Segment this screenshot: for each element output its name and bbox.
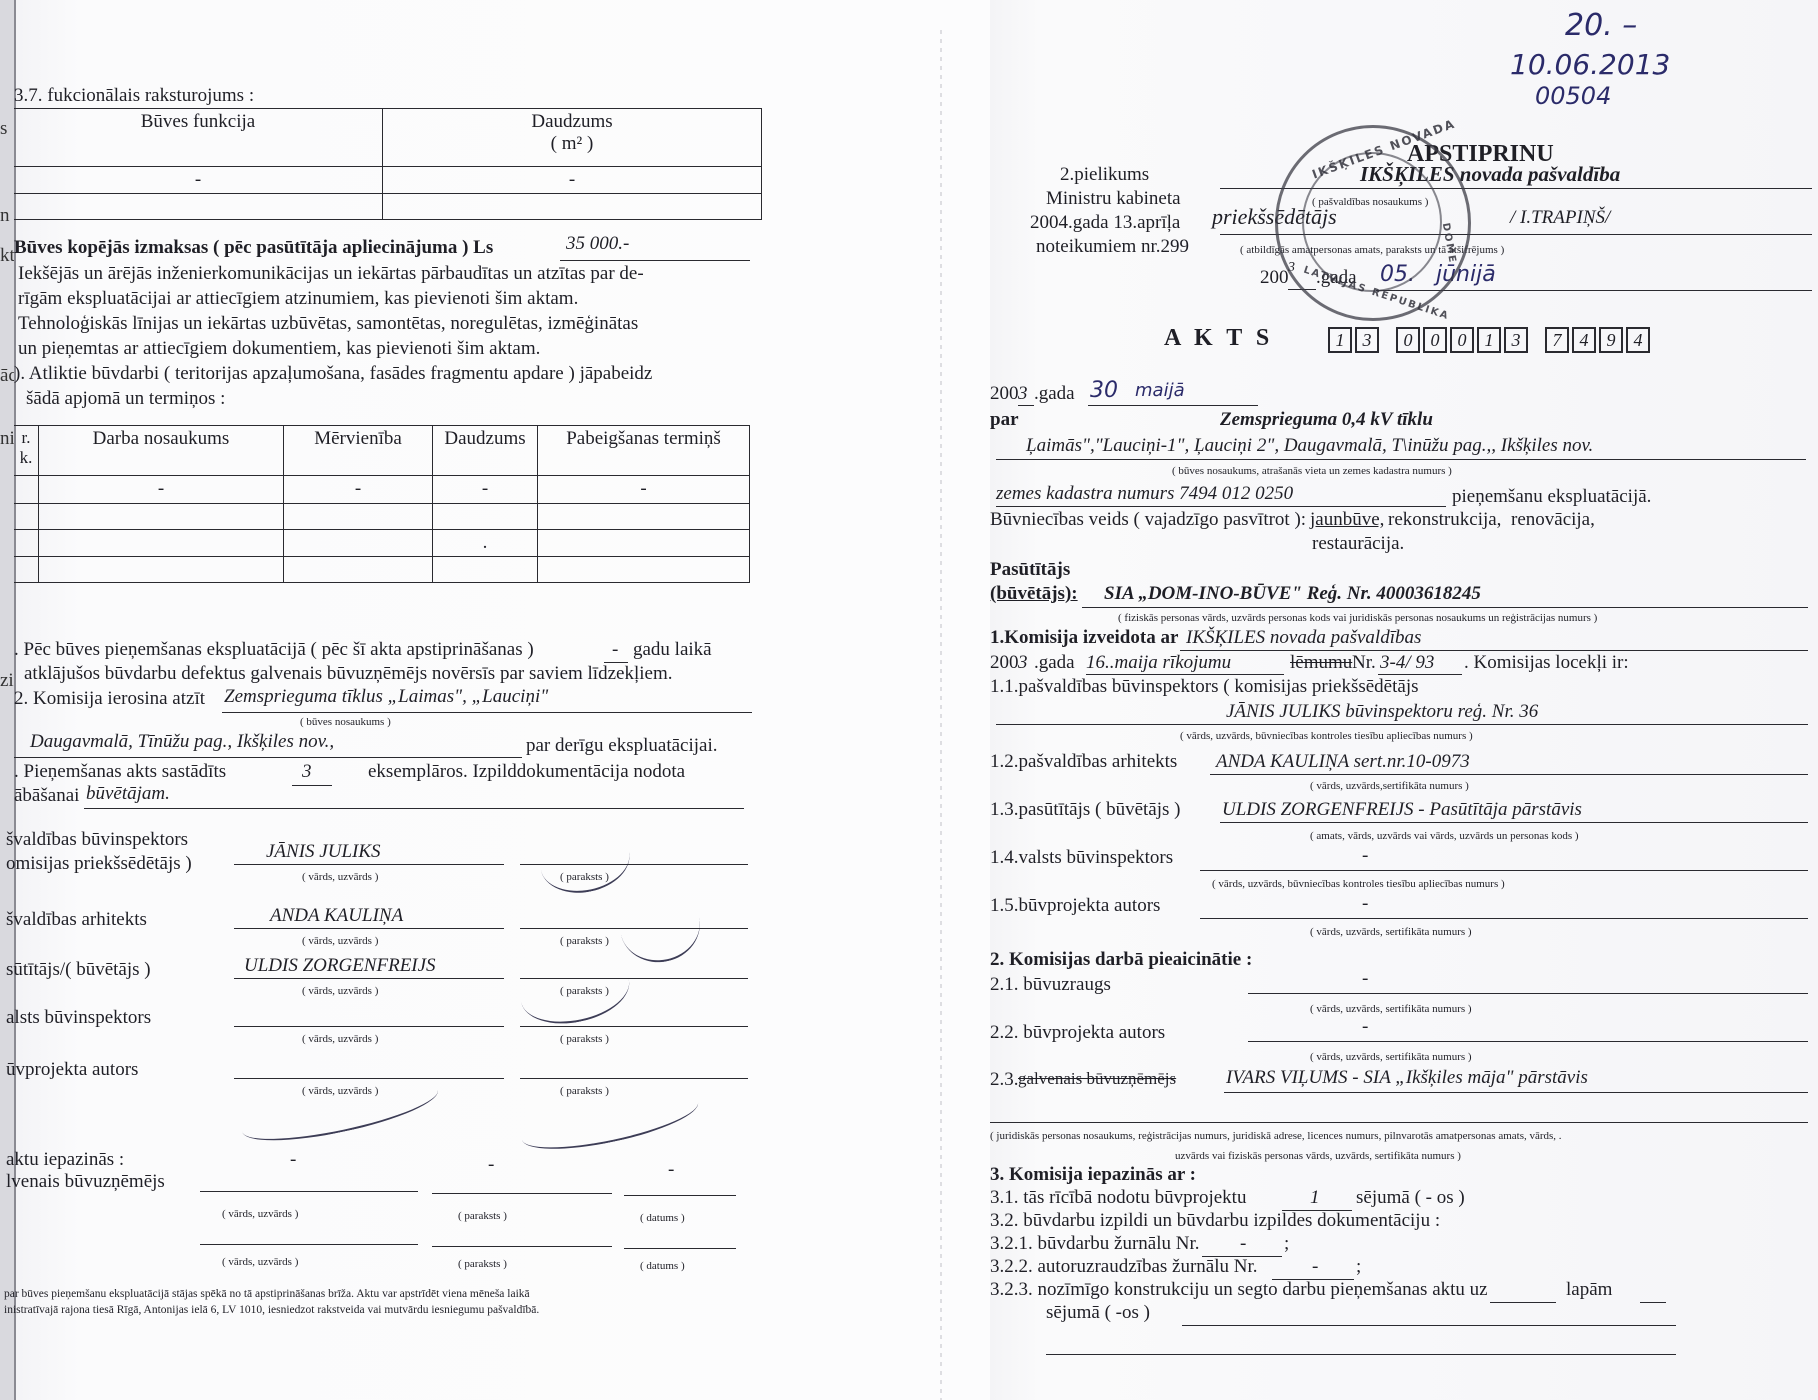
para-tech-2: un pieņemtas ar attiecīgiem dokumentiem,… (18, 339, 540, 360)
copies-underline (292, 785, 332, 786)
recipient-underline (84, 808, 744, 809)
acq-hint-date-2: ( datums ) (640, 1260, 685, 1272)
member-value: ANDA KAULIŅA sert.nr.10-0973 (1216, 752, 1470, 773)
item-underline (1202, 1256, 1282, 1257)
act-number-group: 13 (1328, 327, 1382, 353)
para-defects-suffix: gadu laikā (633, 640, 712, 661)
cell (14, 476, 39, 504)
item-value: - (1312, 1257, 1318, 1278)
commission-suffix: par derīgu ekspluatācijai. (526, 736, 718, 757)
cadastre-underline (996, 506, 1446, 507)
signature-scribble (238, 1070, 442, 1153)
date-year: 3 (1018, 384, 1028, 405)
act-number-digit: 0 (1396, 327, 1420, 353)
member-hint: ( vārds, uzvārds, būvniecības kontroles … (1212, 878, 1505, 890)
member-label: 1.5.būvprojekta autors (990, 896, 1160, 917)
member-value: - (1362, 1017, 1368, 1038)
location-underline (14, 757, 522, 758)
item-underline (1640, 1302, 1666, 1303)
act-number-digit: 9 (1599, 327, 1623, 353)
order-struck-text: lēmumu (1290, 653, 1352, 674)
official-stamp: IKŠĶILES NOVADA LATVIJAS REPUBLIKA DOME (1275, 125, 1471, 321)
header-function: Būves funkcija (14, 109, 383, 167)
member-hint: uzvārds vai fiziskās personas vārds, uzv… (1175, 1150, 1461, 1162)
members-label: . Komisijas locekļi ir: (1464, 653, 1629, 674)
cell: - (284, 476, 433, 504)
item-suffix: lapām (1566, 1280, 1612, 1301)
section2-title: 2. Komisijas darbā pieaicinātie : (990, 950, 1252, 971)
acquainted-dash: - (488, 1155, 494, 1176)
commission-proposes-label: 2. Komisija ierosina atzīt (14, 689, 205, 710)
cadastre-value: zemes kadastra numurs 7494 012 0250 (996, 484, 1293, 505)
function-table: Būves funkcija Daudzums ( m² ) - - (14, 108, 762, 220)
acq-sign-line (432, 1193, 612, 1194)
margin-char: s (0, 118, 14, 140)
handwritten-note-1: 20. – (1565, 8, 1637, 43)
defects-years-value: - (612, 640, 618, 661)
date-underline (1088, 405, 1258, 406)
header-quantity: Daudzums ( m² ) (383, 109, 762, 167)
member-value: - (1362, 894, 1368, 915)
sign-hint: ( paraksts ) (560, 1033, 609, 1045)
cell (14, 194, 383, 220)
member-label: 1.3.pasūtītājs ( būvētājs ) (990, 800, 1181, 821)
name-hint: ( vārds, uzvārds ) (302, 985, 378, 997)
page-fold (940, 30, 942, 1400)
cell (14, 504, 39, 530)
cell: - (39, 476, 284, 504)
signature-scribble (518, 1082, 703, 1161)
handwritten-note-3: 00504 (1535, 82, 1611, 110)
item-suffix: ; (1356, 1257, 1361, 1278)
cell (14, 530, 39, 557)
para-remaining-2: šādā apjomā un termiņos : (26, 389, 225, 410)
copies-middle: eksemplāros. Izpilddokumentācija nodota (368, 762, 685, 783)
signature-role: švaldības būvinspektors (6, 830, 188, 851)
item-underline (1272, 1279, 1354, 1280)
par-label: par (990, 410, 1019, 431)
item-label: 3.2.1. būvdarbu žurnālu Nr. (990, 1234, 1199, 1255)
cell (39, 530, 284, 557)
signature-role: alsts būvinspektors (6, 1008, 151, 1029)
act-number-digit: 3 (1504, 327, 1528, 353)
cell (39, 504, 284, 530)
order-year: 3 (1018, 653, 1028, 674)
cell (538, 504, 750, 530)
para-utilities-2: rīgām ekspluatācijai ar attiecīgiem atzi… (18, 289, 578, 310)
cost-label: Būves kopējās izmaksas ( pēc pasūtītāja … (14, 238, 493, 259)
margin-char: zi (0, 670, 14, 692)
date-mid: .gada (1034, 384, 1075, 405)
cell: - (433, 476, 538, 504)
order-nr-label: Nr. (1352, 653, 1376, 674)
member-underline (1248, 993, 1808, 994)
client-hint: ( fiziskās personas vārds, uzvārds perso… (1118, 612, 1597, 624)
act-number-digit: 0 (1423, 327, 1447, 353)
header-quantity-label: Daudzums (387, 111, 757, 133)
acquainted-title: aktu iepazinās : (6, 1150, 124, 1171)
member-hint: ( vārds, uzvārds, sertifikāta numurs ) (1310, 1051, 1472, 1063)
created-by-underline (1180, 650, 1808, 651)
client-value: SIA „DOM-INO-BŪVE" Reģ. Nr. 40003618245 (1104, 584, 1481, 605)
member-label: 2.1. būvuzraugs (990, 975, 1111, 996)
par-object: Zemsprieguma 0,4 kV tīklu (1220, 410, 1433, 431)
acq-sign-line-2 (432, 1246, 612, 1247)
act-number-digit: 0 (1450, 327, 1474, 353)
order-date: 16..maija rīkojumu (1086, 653, 1231, 674)
member-hint: ( vārds, uzvārds, sertifikāta numurs ) (1310, 926, 1472, 938)
copies-value: 3 (302, 762, 312, 783)
acq-hint-sign: ( paraksts ) (458, 1210, 507, 1222)
act-number-group: 00013 (1396, 327, 1531, 353)
item-label: 3.2. būvdarbu izpildi un būvdarbu izpild… (990, 1211, 1440, 1232)
acq-hint-date: ( datums ) (640, 1212, 685, 1224)
name-hint: ( vārds, uzvārds ) (302, 935, 378, 947)
cell (284, 557, 433, 583)
margin-char: āc (0, 365, 14, 387)
act-number: 13000137494 (1328, 327, 1667, 353)
construction-type-label: Būvniecības veids ( vajadzīgo pasvītrot … (990, 510, 1306, 531)
member-underline (1200, 918, 1808, 919)
name-hint: ( vārds, uzvārds ) (302, 871, 378, 883)
location-underline (996, 459, 1806, 460)
act-number-digit: 3 (1355, 327, 1379, 353)
member-value: IVARS VIĻUMS - SIA „Ikšķiles māja" pārst… (1226, 1068, 1588, 1089)
client-label-2: (būvētājs): (990, 584, 1078, 605)
footnote-2: inistratīvajā rajona tiesā Rīgā, Antonij… (4, 1304, 539, 1317)
client-label-1: Pasūtītājs (990, 560, 1070, 581)
member-value: - (1362, 846, 1368, 867)
left-page: s n kt āc nir zi 3.7. fukcionālais rakst… (0, 0, 990, 1400)
member-hint: ( amats, vārds, uzvārds vai vārds, uzvār… (1310, 830, 1579, 842)
acq-date-line-2 (624, 1248, 736, 1249)
order-nr-underline (1378, 674, 1462, 675)
cell (14, 557, 39, 583)
act-number-digit: 1 (1328, 327, 1352, 353)
acq-hint-name: ( vārds, uzvārds ) (222, 1208, 298, 1220)
header-quantity-unit: ( m² ) (387, 133, 757, 155)
act-number-group: 7494 (1545, 327, 1653, 353)
item-suffix: ; (1284, 1234, 1289, 1255)
acquainted-role: lvenais būvuzņēmējs (6, 1172, 165, 1193)
signature-role: švaldības arhitekts (6, 910, 147, 931)
recipient-prefix: ābāšanai (14, 786, 79, 807)
stamp-side-text: DOME (1440, 222, 1458, 265)
acq-hint-name-2: ( vārds, uzvārds ) (222, 1256, 298, 1268)
sign-line (520, 1078, 748, 1079)
order-prefix: 200 (990, 653, 1019, 674)
member-label: 2.2. būvprojekta autors (990, 1023, 1165, 1044)
acq-name-line-2 (200, 1244, 418, 1245)
item-label: 3.2.3. nozīmīgo konstrukciju un segto da… (990, 1280, 1488, 1301)
signature-scribble (515, 949, 635, 1033)
name-line (234, 864, 504, 865)
acq-date-line (624, 1195, 736, 1196)
acq-hint-sign-2: ( paraksts ) (458, 1258, 507, 1270)
act-number-digit: 7 (1545, 327, 1569, 353)
cell: - (383, 167, 762, 194)
location-hint: ( būves nosaukums, atrašanās vieta un ze… (1172, 465, 1452, 477)
member-underline (996, 724, 1808, 725)
member-label: 1.4.valsts būvinspektors (990, 848, 1173, 869)
para-tech-1: Tehnoloģiskās līnijas un iekārtas uzbūvē… (18, 314, 638, 335)
cell (39, 557, 284, 583)
para-utilities-1: Iekšējās un ārējās inženierkomunikācijas… (18, 264, 644, 285)
order-mid: .gada (1034, 653, 1075, 674)
para-defects-1: . Pēc būves pieņemšanas ekspluatācijā ( … (14, 640, 534, 661)
member-label: 1.2.pašvaldības arhitekts (990, 752, 1177, 773)
cell: - (14, 167, 383, 194)
cell (433, 504, 538, 530)
name-hint: ( vārds, uzvārds ) (302, 1033, 378, 1045)
name-line (234, 978, 504, 979)
member-struck: galvenais būvuzņēmējs (1018, 1070, 1176, 1089)
acquainted-dash: - (668, 1160, 674, 1181)
member-underline-2 (990, 1122, 1808, 1123)
acquainted-dash: - (290, 1150, 296, 1171)
header-work-name: Darba nosaukums (39, 426, 284, 476)
member-value: - (1362, 969, 1368, 990)
order-nr-value: 3-4/ 93 (1380, 653, 1434, 674)
remaining-works-table: r. k. Darba nosaukums Mērvienība Daudzum… (14, 425, 750, 583)
item-suffix: sējumā ( - os ) (1356, 1188, 1465, 1209)
name-line (234, 1026, 504, 1027)
recipient-value: būvētājam. (86, 784, 170, 805)
signature-role: sūtītājs/( būvētājs ) (6, 960, 151, 981)
item-label: 3.1. tās rīcībā nodotu būvprojektu (990, 1188, 1246, 1209)
construction-type-option: restaurācija. (1312, 534, 1404, 555)
client-underline (1082, 607, 1808, 608)
date-year-underline (1018, 405, 1034, 406)
handwritten-note-2: 10.06.2013 (1510, 48, 1670, 81)
item-value: 1 (1310, 1188, 1320, 1209)
acq-name-line (200, 1191, 418, 1192)
cell (284, 530, 433, 557)
right-page: 20. – 10.06.2013 00504 2.pielikums Minis… (990, 0, 1818, 1400)
object-hint: ( būves nosaukums ) (300, 716, 391, 728)
section3-title: 3. Komisija iepazinās ar : (990, 1165, 1196, 1186)
act-number-digit: 4 (1626, 327, 1650, 353)
cell (383, 194, 762, 220)
member-value: JĀNIS JULIKS būvinspektoru reģ. Nr. 36 (1226, 702, 1538, 723)
member-hint: ( vārds, uzvārds,sertifikāta numurs ) (1310, 780, 1469, 792)
item-underline (1182, 1325, 1676, 1326)
item-value: - (1240, 1234, 1246, 1255)
member-hint: ( juridiskās personas nosaukums, reģistr… (990, 1130, 1562, 1142)
date-month: maijā (1135, 380, 1185, 401)
member-label: 2.3. (990, 1070, 1019, 1091)
section1-title: 1.Komisija izveidota ar (990, 628, 1178, 649)
signature-scribble (535, 821, 636, 900)
construction-type-option: rekonstrukcija, (1388, 510, 1501, 531)
act-number-digit: 1 (1477, 327, 1501, 353)
cell (284, 504, 433, 530)
act-title: A K T S (1164, 325, 1273, 351)
approval-date-prefix: 200 (1260, 268, 1289, 289)
header-quantity: Daudzums (433, 426, 538, 476)
date-prefix: 200 (990, 384, 1019, 405)
commission-location-value: Daugavmalā, Tīnūžu pag., Ikšķiles nov., (30, 732, 334, 753)
cost-underline (560, 260, 750, 261)
para-remaining-1: ). Atliktie būvdarbi ( teritorijas apzaļ… (14, 364, 652, 385)
member-value: ULDIS ZORGENFREIJS - Pasūtītāja pārstāvi… (1222, 800, 1582, 821)
signature-role: omisijas priekšsēdētājs ) (6, 854, 192, 875)
name-line (234, 1078, 504, 1079)
member-underline (1224, 1092, 1808, 1093)
section1-created-by: IKŠĶILES novada pašvaldības (1186, 628, 1421, 649)
margin-char: nir (0, 428, 14, 450)
para-defects-2: atklājušos būvdarbu defektus galvenais b… (24, 664, 672, 685)
cell: . (433, 530, 538, 557)
approval-signer: / I.TRAPIŅŠ/ (1510, 208, 1610, 229)
act-number-digit: 4 (1572, 327, 1596, 353)
cadastre-suffix: pieņemšanu ekspluatācijā. (1452, 487, 1651, 508)
sign-hint: ( paraksts ) (560, 935, 609, 947)
signature-name: ULDIS ZORGENFREIJS (244, 956, 436, 977)
footnote-1: par būves pieņemšanu ekspluatācijā stāja… (4, 1288, 530, 1301)
signature-name: JĀNIS JULIKS (266, 842, 381, 863)
date-day: 30 (1090, 378, 1118, 403)
item-label: 3.2.2. autoruzraudzības žurnālu Nr. (990, 1257, 1258, 1278)
copies-prefix: . Pieņemšanas akts sastādīts (14, 762, 226, 783)
cost-value: 35 000.- (566, 234, 629, 255)
name-line (234, 928, 504, 929)
member-label: 1.1.pašvaldības būvinspektors ( komisija… (990, 677, 1419, 698)
signature-name: ANDA KAULIŅA (270, 906, 403, 927)
margin-char: kt (0, 245, 14, 267)
cell: - (538, 476, 750, 504)
par-location: Ļaimās","Lauciņi-1", Ļauciņi 2", Daugavm… (1026, 436, 1593, 457)
cell (433, 557, 538, 583)
member-underline (1220, 822, 1808, 823)
cell (538, 530, 750, 557)
margin-char: n (0, 205, 14, 227)
section-3-7-title: 3.7. fukcionālais raksturojums : (14, 86, 254, 107)
item-underline (1490, 1302, 1556, 1303)
sign-hint: ( paraksts ) (560, 1085, 609, 1097)
member-underline (1210, 774, 1808, 775)
commission-object-value: Zemsprieguma tīklus „Laimas", „Lauciņi" (224, 687, 548, 708)
construction-type-selected: jaunbūve, (1310, 510, 1384, 531)
object-underline (222, 712, 752, 713)
signature-scribble (613, 882, 706, 969)
header-unit: Mērvienība (284, 426, 433, 476)
header-nr: r. k. (14, 426, 39, 476)
cell (538, 557, 750, 583)
order-date-underline (1086, 674, 1284, 675)
member-underline (1200, 870, 1808, 871)
construction-type-option: renovācija, (1511, 510, 1595, 531)
member-hint: ( vārds, uzvārds, būvniecības kontroles … (1180, 730, 1473, 742)
annex-3: 2004.gada 13.aprīļa (1030, 213, 1180, 234)
header-deadline: Pabeigšanas termiņš (538, 426, 750, 476)
annex-1: 2.pielikums (1060, 165, 1149, 186)
member-underline (1248, 1041, 1808, 1042)
signature-role: ūvprojekta autors (6, 1060, 138, 1081)
item-label: sējumā ( -os ) (1046, 1303, 1150, 1324)
annex-2: Ministru kabineta (1046, 189, 1181, 210)
annex-4: noteikumiem nr.299 (1036, 237, 1189, 258)
sign-line (520, 1026, 748, 1027)
item-underline (1046, 1354, 1676, 1355)
member-hint: ( vārds, uzvārds, sertifikāta numurs ) (1310, 1003, 1472, 1015)
item-underline (1282, 1210, 1352, 1211)
